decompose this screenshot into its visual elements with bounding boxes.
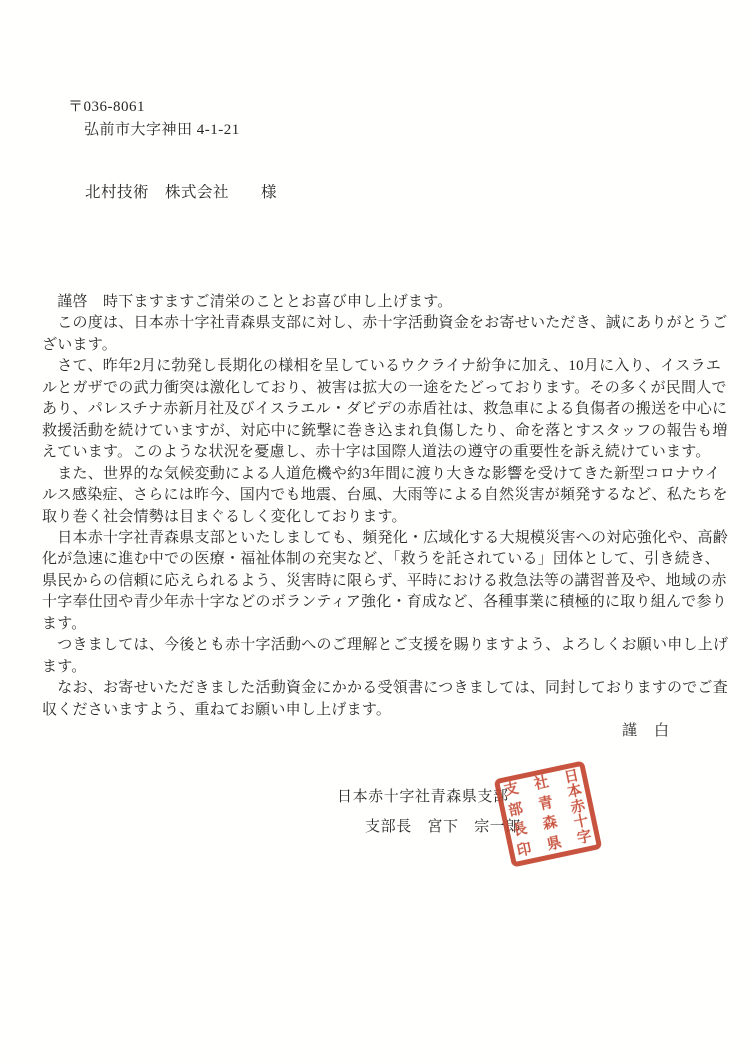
body-line: ルス感染症、さらには昨今、国内でも地震、台風、大雨等による自然災害が頻発するなど… — [42, 485, 722, 506]
seal-character: 部 — [507, 802, 524, 819]
seal-character: 県 — [546, 835, 563, 852]
seal-character: 支 — [503, 782, 520, 799]
closing-salutation: 謹 白 — [622, 719, 670, 740]
body-line: さて、昨年2月に勃発し長期化の様相を呈しているウクライナ紛争に加え、10月に入り… — [42, 356, 722, 377]
signature-title-name: 支部長 宮下 宗一郎 — [365, 815, 521, 836]
body-line: えています。このような状況を憂慮し、赤十字は国際人道法の遵守の重要性を訴え続けて… — [42, 442, 722, 463]
body-line: 救援活動を続けていますが、対応中に銃撃に巻き込まれ負傷したり、命を落とすスタッフ… — [42, 421, 722, 442]
body-line: 県民からの信頼に応えられるよう、災害時に限らず、平時における救急法等の講習普及や… — [42, 571, 722, 592]
body-line: また、世界的な気候変動による人道危機や約3年間に渡り大きな影響を受けてきた新型コ… — [42, 464, 722, 485]
official-seal-stamp: 日本赤十字社青森県支部長印 — [494, 760, 603, 867]
seal-character: 青 — [537, 795, 554, 812]
seal-column: 社青森県 — [533, 775, 563, 852]
seal-column: 日本赤十字 — [563, 769, 593, 846]
body-line: つきましては、今後とも赤十字活動へのご理解とご支援を賜りますよう、よろしくお願い… — [42, 635, 722, 656]
body-line: あり、パレスチナ赤新月社及びイスラエル・ダビデの赤盾社は、救急車による負傷者の搬… — [42, 399, 722, 420]
seal-character: 字 — [576, 829, 593, 846]
signature-organization: 日本赤十字社青森県支部 — [337, 785, 509, 806]
body-line: ます。 — [42, 614, 722, 635]
sender-address-block: 〒036-8061 弘前市大字神田 4-1-21 — [68, 96, 240, 142]
seal-column: 支部長印 — [503, 782, 533, 859]
seal-character: 社 — [533, 775, 550, 792]
seal-character: 森 — [542, 815, 559, 832]
body-line: なお、お寄せいただきました活動資金にかかる受領書につきましては、同封しております… — [42, 678, 722, 699]
seal-character: 長 — [511, 822, 528, 839]
body-line: 十字奉仕団や青少年赤十字などのボランティア強化・育成など、各種事業に積極的に取り… — [42, 592, 722, 613]
seal-character: 印 — [516, 842, 533, 859]
body-line: ルとガザでの武力衝突は激化しており、被害は拡大の一途をたどっております。その多く… — [42, 378, 722, 399]
body-line: 日本赤十字社青森県支部といたしましても、頻発化・広域化する大規模災害への対応強化… — [42, 528, 722, 549]
body-line: 謹啓 時下ますますご清栄のこととお喜び申し上げます。 — [42, 292, 722, 313]
letter-body: 謹啓 時下ますますご清栄のこととお喜び申し上げます。 この度は、日本赤十字社青森… — [42, 292, 722, 721]
body-line: 化が急速に進む中での医療・福祉体制の充実など、「救うを託されている」団体として、… — [42, 549, 722, 570]
body-line: この度は、日本赤十字社青森県支部に対し、赤十字活動資金をお寄せいただき、誠にあり… — [42, 313, 722, 334]
letter-page: 〒036-8061 弘前市大字神田 4-1-21 北村技術 株式会社 様 謹啓 … — [0, 0, 750, 1061]
sender-address: 弘前市大字神田 4-1-21 — [84, 119, 240, 142]
body-line: ざいます。 — [42, 335, 722, 356]
body-line: ます。 — [42, 657, 722, 678]
sender-postal-code: 〒036-8061 — [68, 96, 240, 119]
recipient-name: 北村技術 株式会社 様 — [85, 180, 277, 202]
body-line: 取り巻く社会情勢は目まぐるしく変化しております。 — [42, 507, 722, 528]
body-line: 収くださいますよう、重ねてお願い申し上げます。 — [42, 700, 722, 721]
